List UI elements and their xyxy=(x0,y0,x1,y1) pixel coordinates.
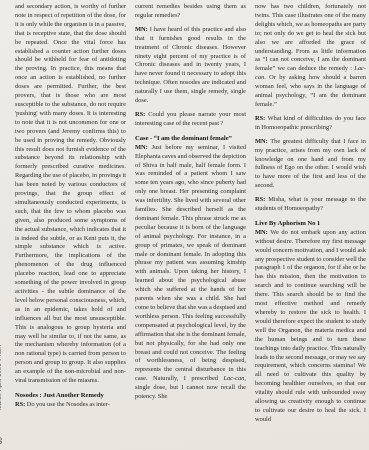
paragraph: RS: Do you use the Nosodes as inter- xyxy=(15,401,126,410)
speaker-label: MN: xyxy=(135,26,150,33)
remedy-name: Lac-can xyxy=(255,65,366,81)
section-heading: Nosodes : Just Another Remedy xyxy=(15,392,126,401)
paragraph: RS: What kind of difficulties do you fac… xyxy=(255,115,366,133)
text-columns: and secondary action, is worthy of furth… xyxy=(15,3,366,449)
speaker-label: MN: xyxy=(135,144,152,151)
paragraph: MN: We do not embark upon any action wit… xyxy=(255,229,366,425)
paragraph: and secondary action, is worthy of furth… xyxy=(15,3,126,386)
scanned-journal-page: March-April 1991 ● NJH 60 and secondary … xyxy=(0,0,369,450)
speaker-label: MN: xyxy=(255,229,270,236)
speaker-label: RS: xyxy=(255,115,268,122)
spine-issue-label: March-April 1991 ● NJH xyxy=(0,344,3,410)
text-column-2: current remedies besides using them as r… xyxy=(135,3,246,449)
paragraph: MN: Just before my seminar, I visited El… xyxy=(135,144,246,402)
paragraph: RS: Could you please narrate your most i… xyxy=(135,111,246,129)
section-heading: Case - “I am the dominant female” xyxy=(135,135,246,144)
remedy-name: Lac-can xyxy=(223,375,244,382)
paragraph: RS: Misha, what is your message to the s… xyxy=(255,196,366,214)
text-column-1: and secondary action, is worthy of furth… xyxy=(15,3,126,449)
speaker-label: RS: xyxy=(15,401,27,408)
speaker-label: RS: xyxy=(135,111,148,118)
text-column-3: now has two children, fortunately not tw… xyxy=(255,3,366,449)
paragraph: current remedies besides using them as r… xyxy=(135,3,246,21)
paragraph: MN: The greatest difficulty that I face … xyxy=(255,138,366,191)
speaker-label: RS: xyxy=(255,196,268,203)
paragraph: MN: I have heard of this practice and al… xyxy=(135,26,246,106)
paragraph: now has two children, fortunately not tw… xyxy=(255,3,366,110)
page-number: 60 xyxy=(0,437,4,444)
section-heading: Live By Aphorism No 1 xyxy=(255,220,366,229)
speaker-label: MN: xyxy=(255,138,270,145)
